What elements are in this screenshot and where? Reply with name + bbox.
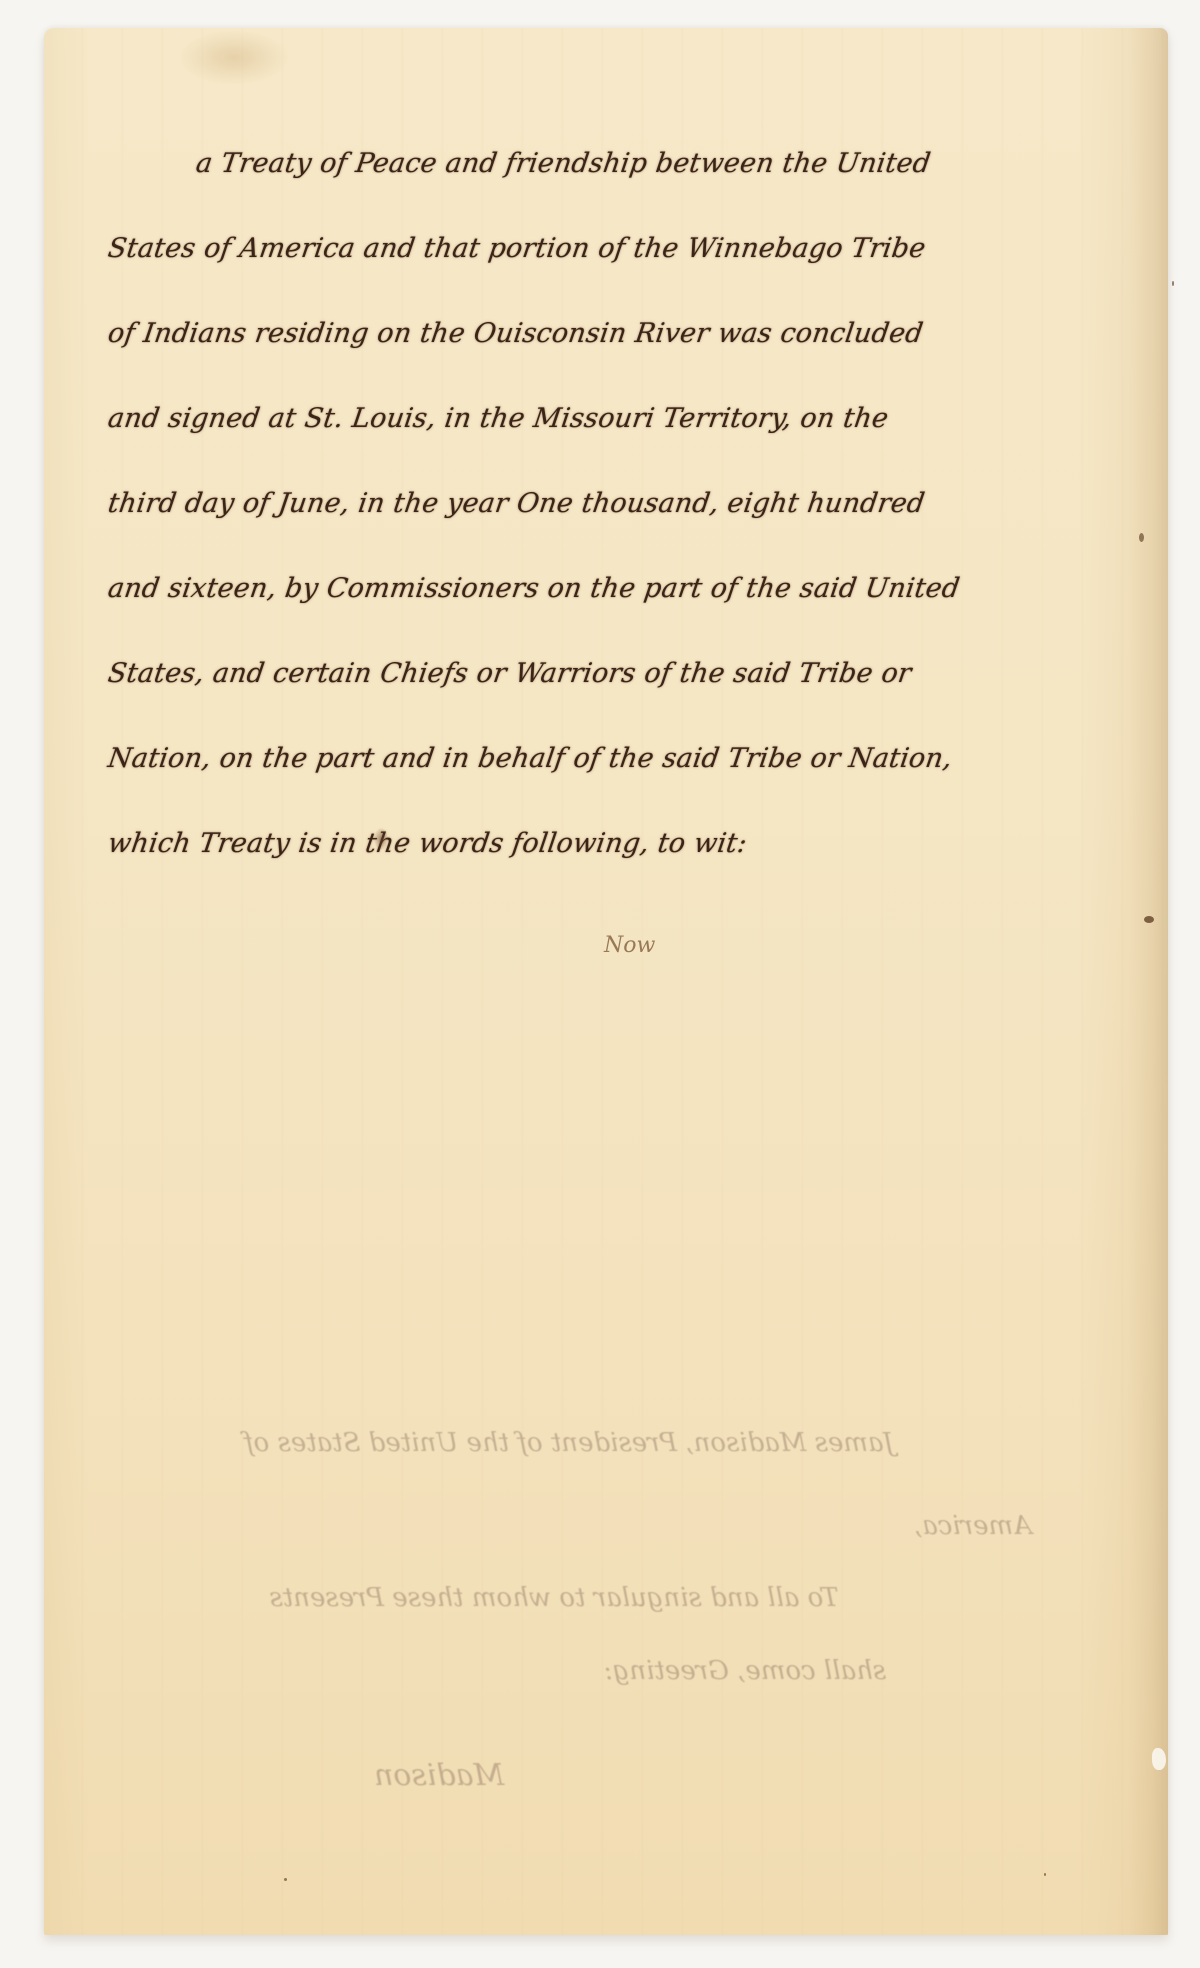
treaty-text-line-1: a Treaty of Peace and friendship between… — [194, 148, 933, 179]
paper-speck — [1139, 533, 1144, 542]
treaty-text-line-9: which Treaty is in the words following, … — [106, 828, 749, 859]
treaty-text-line-6: and sixteen, by Commissioners on the par… — [106, 573, 962, 604]
bleed-through-signature: Madison — [374, 1758, 504, 1793]
treaty-text-line-8: Nation, on the part and in behalf of the… — [106, 743, 954, 774]
paper-stain — [179, 30, 289, 85]
bleed-through-line-2: America, — [914, 1511, 1032, 1541]
bleed-through-line-3: To all and singular to whom these Presen… — [104, 1583, 1004, 1613]
catchword: Now — [604, 933, 655, 958]
treaty-text-line-4: and signed at St. Louis, in the Missouri… — [106, 403, 890, 434]
treaty-text-line-3: of Indians residing on the Ouisconsin Ri… — [106, 318, 925, 349]
manuscript-page: a Treaty of Peace and friendship between… — [44, 28, 1168, 1935]
paper-speck — [284, 1878, 287, 1881]
paper-tear — [1152, 1748, 1166, 1770]
treaty-text-line-5: third day of June, in the year One thous… — [106, 488, 927, 519]
bleed-through-line-4: shall come, Greeting: — [604, 1656, 886, 1686]
ink-blot — [374, 828, 388, 850]
paper-speck — [1172, 281, 1174, 286]
paper-edge-shading — [1128, 28, 1168, 1935]
treaty-text-line-2: States of America and that portion of th… — [106, 233, 928, 264]
paper-speck — [1044, 1873, 1046, 1876]
treaty-text-line-7: States, and certain Chiefs or Warriors o… — [106, 658, 913, 689]
paper-speck — [1144, 916, 1154, 923]
bleed-through-line-1: James Madison, President of the United S… — [139, 1428, 999, 1458]
